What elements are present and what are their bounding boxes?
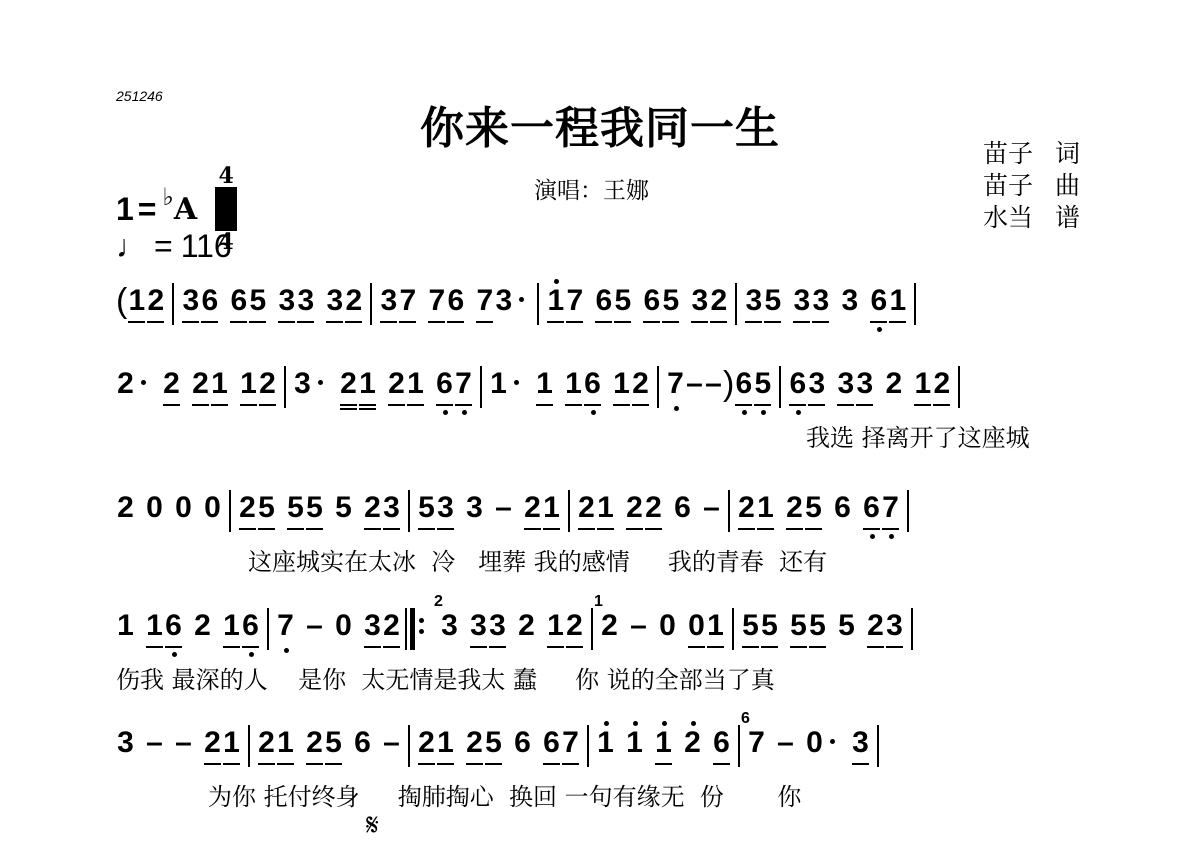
barline xyxy=(877,725,879,767)
tempo-marking: ♩ = 116 xyxy=(116,228,232,265)
note-6: 6 xyxy=(353,725,372,785)
grace-note: 1 xyxy=(594,594,603,610)
note-7: 7 xyxy=(398,283,417,343)
note-2: 2 xyxy=(417,725,436,785)
note-5: 5 xyxy=(753,366,772,426)
credit-lyricist: 苗子词 xyxy=(983,138,1080,170)
note-1: 1 xyxy=(546,283,565,343)
low-octave-dot xyxy=(870,534,875,539)
note-6: 6 xyxy=(788,366,807,426)
note-7: 7 xyxy=(666,366,685,426)
notation-line-3: 20002555523533–2121226–2125667这座城实在太冰 冷 … xyxy=(116,490,1088,550)
barline xyxy=(248,725,250,767)
note-0: 0 xyxy=(687,608,706,668)
note-6: 6 xyxy=(869,283,888,343)
note-3: 3 xyxy=(855,366,874,426)
note-1: 1 xyxy=(596,725,615,785)
note-3: 3 xyxy=(293,366,312,426)
note-2: 2 xyxy=(382,608,401,668)
note-1: 1 xyxy=(913,366,932,426)
barline xyxy=(907,490,909,532)
note-0: 0 xyxy=(658,608,677,668)
note-3: 3 xyxy=(494,283,513,343)
note-2: 2 xyxy=(258,366,277,426)
note-3: 3 xyxy=(840,283,859,343)
low-octave-dot xyxy=(172,652,177,657)
augmentation-dot xyxy=(508,366,525,426)
note-1: 1 xyxy=(756,490,775,550)
barline xyxy=(732,608,734,650)
singer: 演唱：王娜 xyxy=(534,172,649,205)
note-2: 2 xyxy=(257,725,276,785)
note-2: 2 xyxy=(116,490,135,550)
note-3: 3 xyxy=(382,490,401,550)
barline xyxy=(914,283,916,325)
barline xyxy=(408,725,410,767)
note-6: 6 xyxy=(583,366,602,426)
dash-sustain: – xyxy=(685,366,704,426)
note-2: 2 xyxy=(465,725,484,785)
note-0: 0 xyxy=(334,608,353,668)
dash-sustain: – xyxy=(704,366,723,426)
barline xyxy=(911,608,913,650)
barline xyxy=(537,283,539,325)
note-6: 6 xyxy=(542,725,561,785)
dash-sustain: – xyxy=(145,725,164,785)
note-5: 5 xyxy=(760,608,779,668)
note-1: 1 xyxy=(116,608,135,668)
note-2: 2 xyxy=(577,490,596,550)
note-1: 1 xyxy=(222,608,241,668)
note-7: 7 xyxy=(427,283,446,343)
dash-sustain: – xyxy=(494,490,513,550)
note-7: 76 xyxy=(747,725,766,785)
note-2: 2 xyxy=(866,608,885,668)
dash-sustain: – xyxy=(776,725,795,785)
note-6: 6 xyxy=(862,490,881,550)
note-3: 3 xyxy=(469,608,488,668)
note-3: 3 xyxy=(807,366,826,426)
high-octave-dot xyxy=(604,721,609,726)
note-2: 2 xyxy=(631,366,650,426)
note-5: 5 xyxy=(324,725,343,785)
note-0: 0 xyxy=(203,490,222,550)
grace-note: 6 xyxy=(741,711,750,727)
note-2: 2 xyxy=(363,490,382,550)
note-1: 1 xyxy=(406,366,425,426)
segno-icon: 𝄋 xyxy=(366,808,379,843)
augmentation-dot xyxy=(824,725,841,785)
note-2: 2 xyxy=(116,366,135,426)
note-6: 6 xyxy=(734,366,753,426)
note-2: 2 xyxy=(709,283,728,343)
note-6: 6 xyxy=(241,608,260,668)
low-octave-dot xyxy=(761,410,766,415)
note-5: 5 xyxy=(484,725,503,785)
note-3: 3 xyxy=(836,366,855,426)
note-1: 1 xyxy=(706,608,725,668)
dash-sustain: – xyxy=(174,725,193,785)
lyrics-line-3: 这座城实在太冰 冷 埋葬 我的感情 我的青春 还有 xyxy=(248,542,827,577)
note-0: 0 xyxy=(805,725,824,785)
note-1: 1 xyxy=(888,283,907,343)
note-3: 3 xyxy=(296,283,315,343)
note-1: 1 xyxy=(564,366,583,426)
note-2: 2 xyxy=(344,283,363,343)
note-5: 5 xyxy=(248,283,267,343)
note-2: 2 xyxy=(387,366,406,426)
note-6: 6 xyxy=(673,490,692,550)
note-5: 5 xyxy=(763,283,782,343)
low-octave-dot xyxy=(249,652,254,657)
note-3: 3 xyxy=(488,608,507,668)
flat-icon: ♭ xyxy=(162,183,173,212)
dash-sustain: – xyxy=(629,608,648,668)
note-6: 6 xyxy=(712,725,731,785)
note-1: 1 xyxy=(210,366,229,426)
low-octave-dot xyxy=(889,534,894,539)
low-octave-dot xyxy=(742,410,747,415)
note-6: 6 xyxy=(642,283,661,343)
note-2: 2 xyxy=(644,490,663,550)
note-2: 2 xyxy=(737,490,756,550)
notation-line-5: 3––2121256–21256671112676–03为你 托付终身 掏肺掏心… xyxy=(116,725,1088,785)
note-6: 6 xyxy=(594,283,613,343)
note-5: 5 xyxy=(305,490,324,550)
augmentation-dot xyxy=(312,366,329,426)
note-2: 21 xyxy=(600,608,619,668)
note-3: 3 xyxy=(116,725,135,785)
note-5: 5 xyxy=(417,490,436,550)
credit-transcriber: 水当谱 xyxy=(983,202,1080,234)
barline xyxy=(779,366,781,408)
note-3: 3 xyxy=(436,490,455,550)
credit-composer: 苗子曲 xyxy=(983,170,1080,202)
lyrics-line-2: 我选 择离开了这座城 xyxy=(806,418,1030,453)
notation-line-4: 1162167–032323321221–0015555523伤我 最深的人 是… xyxy=(116,608,1088,668)
barline xyxy=(587,725,589,767)
barline xyxy=(370,283,372,325)
note-1: 1 xyxy=(546,608,565,668)
barline xyxy=(229,490,231,532)
high-octave-dot xyxy=(633,721,638,726)
barline xyxy=(958,366,960,408)
credits: 苗子词 苗子曲 水当谱 xyxy=(983,138,1080,234)
note-2: 2 xyxy=(683,725,702,785)
note-3: 3 xyxy=(277,283,296,343)
note-1: 1 xyxy=(489,366,508,426)
note-3: 3 xyxy=(465,490,484,550)
note-3: 3 xyxy=(325,283,344,343)
note-7: 7 xyxy=(561,725,580,785)
note-3: 3 xyxy=(885,608,904,668)
note-1: 1 xyxy=(535,366,554,426)
note-2: 2 xyxy=(146,283,165,343)
notation-line-1: (1236653332377673176565323533361 xyxy=(116,283,1088,343)
note-3: 3 xyxy=(379,283,398,343)
note-0: 0 xyxy=(174,490,193,550)
note-3: 3 xyxy=(690,283,709,343)
low-octave-dot xyxy=(674,406,679,411)
note-6: 6 xyxy=(446,283,465,343)
barline xyxy=(735,283,737,325)
low-octave-dot xyxy=(462,410,467,415)
note-2: 2 xyxy=(193,608,212,668)
note-1: 1 xyxy=(127,283,146,343)
note-2: 2 xyxy=(305,725,324,785)
note-3: 3 xyxy=(851,725,870,785)
barline xyxy=(568,490,570,532)
note-1: 1 xyxy=(276,725,295,785)
note-3: 32 xyxy=(440,608,459,668)
dash-sustain: – xyxy=(702,490,721,550)
note-1: 1 xyxy=(542,490,561,550)
note-7: 7 xyxy=(565,283,584,343)
note-6: 6 xyxy=(435,366,454,426)
note-2: 2 xyxy=(932,366,951,426)
repeat-start-sign xyxy=(405,608,424,650)
high-octave-dot xyxy=(554,279,559,284)
note-2: 2 xyxy=(191,366,210,426)
note-5: 5 xyxy=(804,490,823,550)
note-2: 2 xyxy=(523,490,542,550)
low-octave-dot xyxy=(284,648,289,653)
dash-sustain: – xyxy=(305,608,324,668)
note-1: 1 xyxy=(596,490,615,550)
note-6: 6 xyxy=(200,283,219,343)
note-1: 1 xyxy=(358,366,377,426)
note-7: 7 xyxy=(881,490,900,550)
note-5: 5 xyxy=(257,490,276,550)
note-1: 1 xyxy=(436,725,455,785)
high-octave-dot xyxy=(691,721,696,726)
note-3: 3 xyxy=(744,283,763,343)
note-1: 1 xyxy=(222,725,241,785)
note-5: 5 xyxy=(613,283,632,343)
note-5: 5 xyxy=(837,608,856,668)
note-2: 2 xyxy=(517,608,536,668)
lyrics-line-4: 伤我 最深的人 是你 太无情是我太 蠢 你 说的全部当了真 xyxy=(116,660,775,695)
barline xyxy=(657,366,659,408)
barline xyxy=(728,490,730,532)
barline xyxy=(591,608,593,650)
low-octave-dot xyxy=(591,410,596,415)
note-3: 3 xyxy=(792,283,811,343)
barline xyxy=(267,608,269,650)
barline xyxy=(284,366,286,408)
note-1: 1 xyxy=(239,366,258,426)
note-5: 5 xyxy=(286,490,305,550)
low-octave-dot xyxy=(877,327,882,332)
note-5: 5 xyxy=(789,608,808,668)
low-octave-dot xyxy=(443,410,448,415)
note-2: 2 xyxy=(339,366,358,426)
note-5: 5 xyxy=(334,490,353,550)
note-1: 1 xyxy=(145,608,164,668)
note-6: 6 xyxy=(513,725,532,785)
low-octave-dot xyxy=(796,410,801,415)
note-5: 5 xyxy=(661,283,680,343)
note-3: 3 xyxy=(811,283,830,343)
note-5: 5 xyxy=(808,608,827,668)
note-7: 7 xyxy=(276,608,295,668)
note-2: 2 xyxy=(625,490,644,550)
barline xyxy=(738,725,740,767)
close-paren: ) xyxy=(723,366,734,426)
barline xyxy=(480,366,482,408)
note-7: 7 xyxy=(475,283,494,343)
note-2: 2 xyxy=(162,366,181,426)
dash-sustain: – xyxy=(382,725,401,785)
note-2: 2 xyxy=(203,725,222,785)
note-2: 2 xyxy=(785,490,804,550)
grace-note: 2 xyxy=(434,594,443,610)
note-5: 5 xyxy=(741,608,760,668)
note-2: 2 xyxy=(884,366,903,426)
lyrics-line-5: 为你 托付终身 掏肺掏心 换回 一句有缘无 份 你 xyxy=(208,777,801,812)
note-7: 7 xyxy=(454,366,473,426)
note-6: 6 xyxy=(229,283,248,343)
quarter-note-icon: ♩ xyxy=(116,228,148,265)
note-6: 6 xyxy=(833,490,852,550)
notation-line-2: 22211232121671116127––)656333212我选 择离开了这… xyxy=(116,366,1088,426)
note-2: 2 xyxy=(238,490,257,550)
note-1: 1 xyxy=(625,725,644,785)
augmentation-dot xyxy=(513,283,530,343)
note-0: 0 xyxy=(145,490,164,550)
open-paren: ( xyxy=(116,283,127,343)
note-6: 6 xyxy=(164,608,183,668)
note-1: 1 xyxy=(654,725,673,785)
note-3: 3 xyxy=(181,283,200,343)
note-1: 1 xyxy=(612,366,631,426)
high-octave-dot xyxy=(662,721,667,726)
note-3: 3 xyxy=(363,608,382,668)
barline xyxy=(408,490,410,532)
barline xyxy=(172,283,174,325)
augmentation-dot xyxy=(135,366,152,426)
note-2: 2 xyxy=(565,608,584,668)
